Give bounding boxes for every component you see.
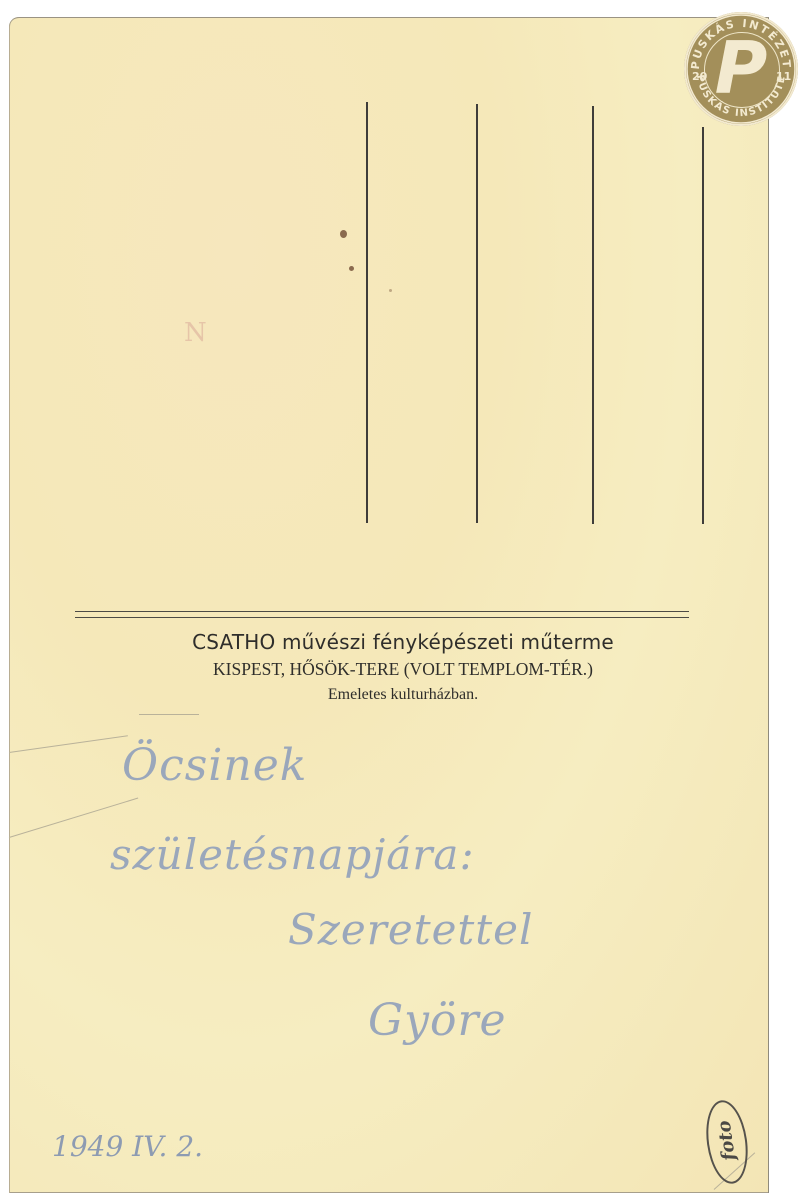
paper-crease xyxy=(9,735,128,753)
paper-crease xyxy=(139,714,199,715)
handwritten-line-1: Öcsinek xyxy=(122,740,307,791)
logo-letter: P xyxy=(684,28,798,108)
stamp-area-line-4 xyxy=(702,127,704,524)
imprint-divider-bottom xyxy=(75,617,689,618)
handwritten-date: 1949 IV. 2. xyxy=(52,1130,203,1163)
handwritten-line-2: születésnapjára: xyxy=(110,830,475,879)
stain-spot xyxy=(340,230,347,238)
stamp-area-line-1 xyxy=(366,102,368,523)
handwritten-line-3: Szeretettel xyxy=(288,905,533,954)
studio-name: CSATHO művészi fényképészeti műterme xyxy=(0,630,806,654)
stamp-area-line-3 xyxy=(592,106,594,524)
logo-year-left: 20 xyxy=(692,70,707,83)
handwritten-signature: Györe xyxy=(368,995,507,1046)
pencil-mark: N xyxy=(184,318,207,348)
stain-spot xyxy=(389,289,392,292)
imprint-divider-top xyxy=(75,611,689,612)
studio-address: KISPEST, HŐSÖK-TERE (VOLT TEMPLOM-TÉR.) xyxy=(0,659,806,680)
logo-year-right: 11 xyxy=(776,70,791,83)
stamp-area-line-2 xyxy=(476,104,478,523)
puskas-institute-logo: PUSKÁS INTÉZET PUSKÁS INSTITUTE P 20 11 xyxy=(684,12,798,126)
stain-spot xyxy=(349,266,354,271)
studio-location-note: Emeletes kulturházban. xyxy=(0,686,806,704)
